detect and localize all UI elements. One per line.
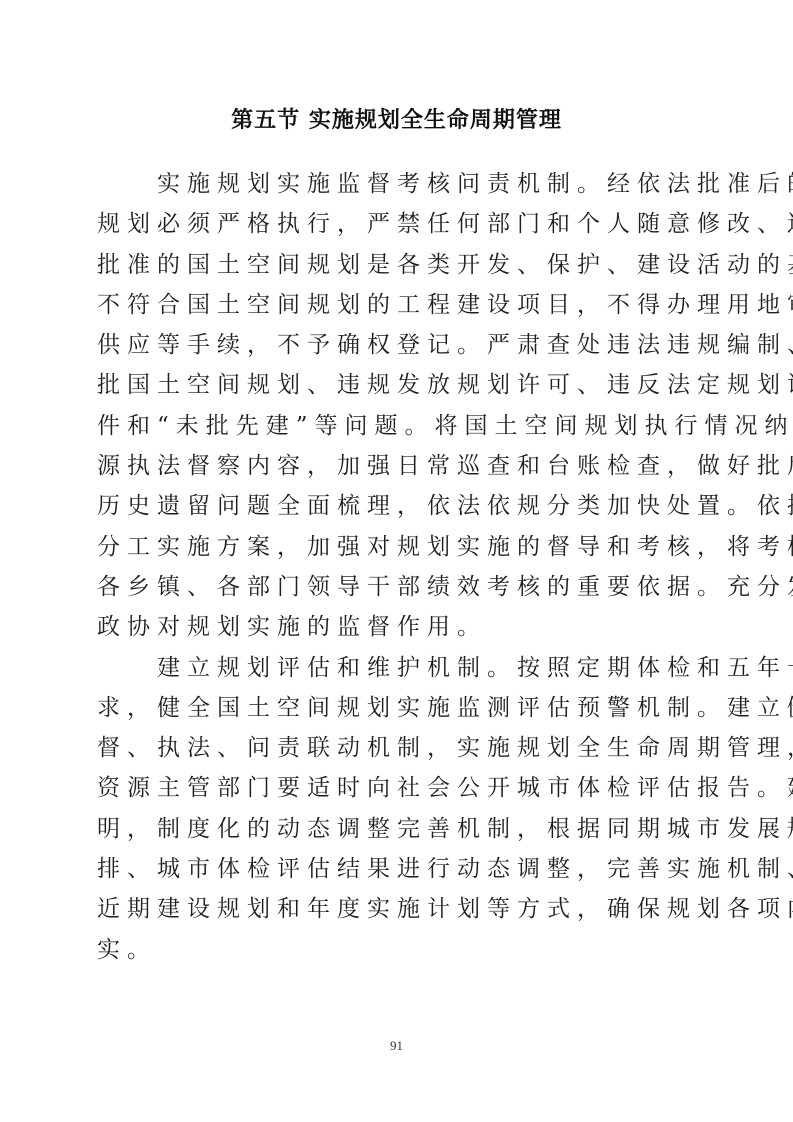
text-line: 批国土空间规划、违规发放规划许可、违反法定规划设置规划条 (97, 367, 701, 407)
text-line: 资源主管部门要适时向社会公开城市体检评估报告。建立公开透 (97, 770, 701, 810)
text-line: 实。 (97, 932, 701, 972)
text-line: 排、城市体检评估结果进行动态调整，完善实施机制、优化调整 (97, 851, 701, 891)
text-line: 督、执法、问责联动机制，实施规划全生命周期管理，县级自然 (97, 730, 701, 770)
text-line: 政协对规划实施的监督作用。 (97, 609, 701, 649)
text-line: 批准的国土空间规划是各类开发、保护、建设活动的基本依据， (97, 247, 701, 287)
text-line: 源执法督察内容，加强日常巡查和台账检查，做好批后监管。对 (97, 448, 701, 488)
section-title: 第五节 实施规划全生命周期管理 (0, 104, 793, 138)
text-line: 建立规划评估和维护机制。按照定期体检和五年一评估的要 (97, 650, 701, 690)
text-line: 分工实施方案，加强对规划实施的督导和考核，将考核结果作为 (97, 529, 701, 569)
text-line: 不符合国土空间规划的工程建设项目，不得办理用地审批和土地 (97, 287, 701, 327)
text-line: 求，健全国土空间规划实施监测评估预警机制。建立健全规划监 (97, 690, 701, 730)
text-line: 近期建设规划和年度实施计划等方式，确保规划各项内容得到落 (97, 891, 701, 931)
page-number: 91 (0, 1038, 793, 1054)
text-line: 供应等手续，不予确权登记。严肃查处违法违规编制、修改和审 (97, 327, 701, 367)
text-line: 明，制度化的动态调整完善机制，根据同期城市发展规划战略安 (97, 811, 701, 851)
body-text: 实施规划实施监督考核问责机制。经依法批准后的国土空间 规划必须严格执行，严禁任何… (97, 166, 701, 972)
text-line: 件和“未批先建”等问题。将国土空间规划执行情况纳入自然资 (97, 408, 701, 448)
text-line: 各乡镇、各部门领导干部绩效考核的重要依据。充分发挥人大、 (97, 569, 701, 609)
paragraph-supervision: 实施规划实施监督考核问责机制。经依法批准后的国土空间 规划必须严格执行，严禁任何… (97, 166, 701, 650)
paragraph-evaluation: 建立规划评估和维护机制。按照定期体检和五年一评估的要 求，健全国土空间规划实施监… (97, 650, 701, 972)
text-line: 历史遗留问题全面梳理，依法依规分类加快处置。依据规划任务 (97, 488, 701, 528)
text-line: 实施规划实施监督考核问责机制。经依法批准后的国土空间 (97, 166, 701, 206)
text-line: 规划必须严格执行，严禁任何部门和个人随意修改、违规变更。 (97, 206, 701, 246)
